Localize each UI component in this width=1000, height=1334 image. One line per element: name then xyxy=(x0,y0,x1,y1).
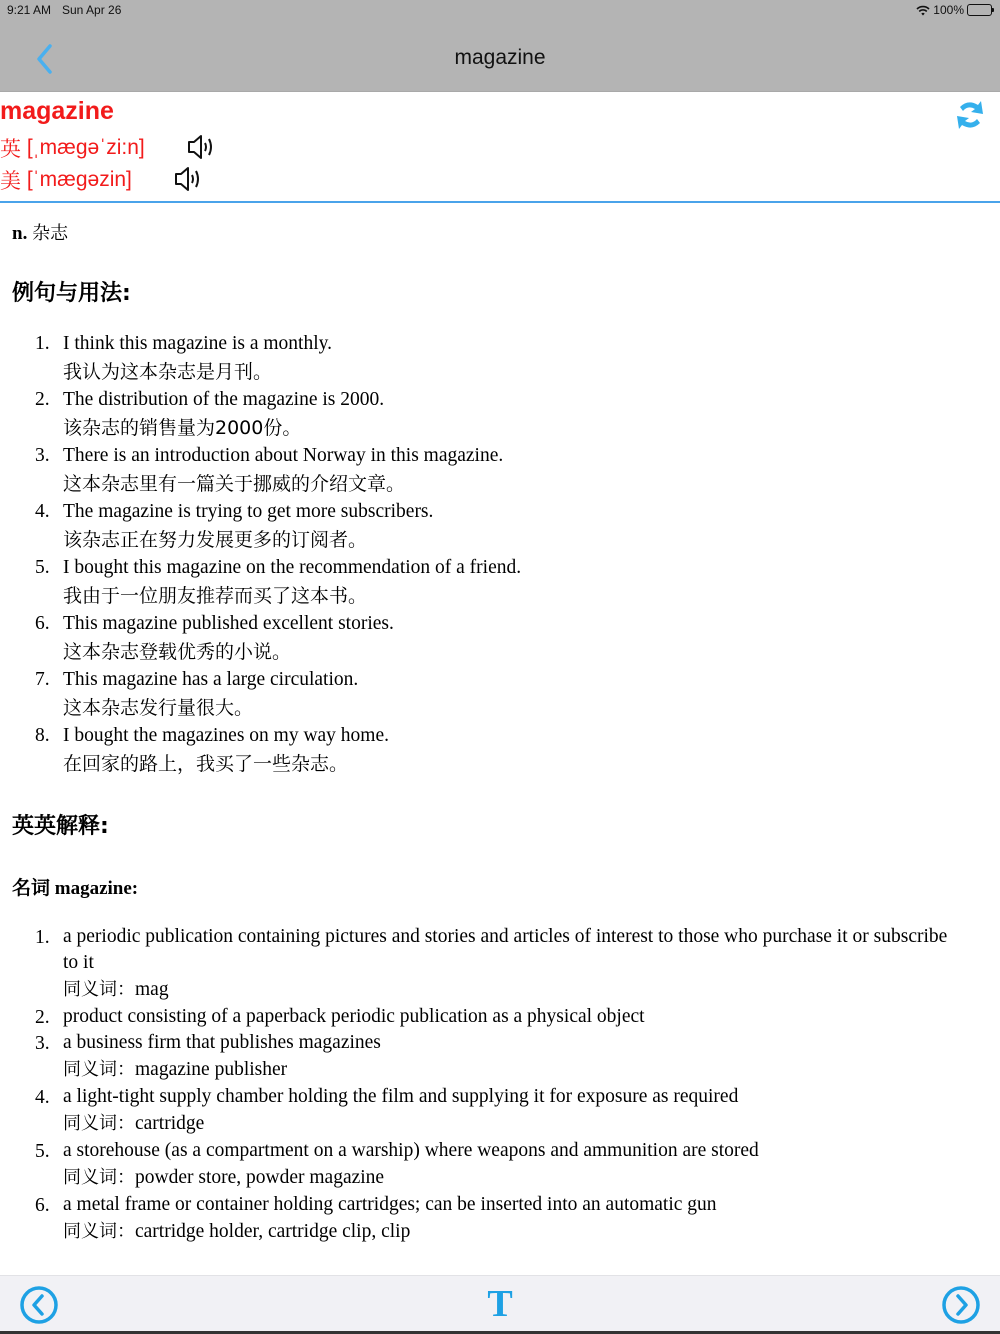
pos-label: n. xyxy=(12,223,27,244)
definition-text: product consisting of a paperback period… xyxy=(63,1004,960,1030)
definition-item: 6. a metal frame or container holding ca… xyxy=(0,1192,960,1246)
definition-item: 3. a business firm that publishes magazi… xyxy=(0,1030,960,1084)
pronunciation-us: 美 [ˈmægəzin] xyxy=(0,165,132,195)
definition-content[interactable]: n. 杂志 例句与用法: 1.I think this magazine is … xyxy=(0,203,1000,1275)
definition-item: 2. product consisting of a paperback per… xyxy=(0,1004,960,1030)
example-item: 7.This magazine has a large circulation.… xyxy=(0,666,960,722)
example-item: 5.I bought this magazine on the recommen… xyxy=(0,554,960,610)
english-definitions-title: 英英解释: xyxy=(12,809,109,840)
definition-item: 4. a light-tight supply chamber holding … xyxy=(0,1084,960,1138)
example-zh: 我认为这本杂志是月刊。 xyxy=(63,358,960,386)
previous-word-button[interactable] xyxy=(18,1284,60,1326)
definition-item: 5. a storehouse (as a compartment on a w… xyxy=(0,1138,960,1192)
synonyms: 同义词：mag xyxy=(63,976,960,1004)
example-item: 8.I bought the magazines on my way home.… xyxy=(0,722,960,778)
speaker-icon xyxy=(173,165,203,193)
battery-icon xyxy=(967,4,992,16)
example-item: 2.The distribution of the magazine is 20… xyxy=(0,386,960,442)
definition-text: a light-tight supply chamber holding the… xyxy=(63,1084,960,1110)
example-en: This magazine published excellent storie… xyxy=(63,613,394,634)
example-en: This magazine has a large circulation. xyxy=(63,669,358,690)
circle-chevron-right-icon xyxy=(940,1284,982,1326)
pron-region-uk: 英 xyxy=(0,133,21,163)
example-zh: 这本杂志登载优秀的小说。 xyxy=(63,638,960,666)
synonyms: 同义词：cartridge xyxy=(63,1110,960,1138)
wifi-icon xyxy=(916,5,930,16)
example-item: 1.I think this magazine is a monthly.我认为… xyxy=(0,330,960,386)
word-header: magazine 英 [ˌmægəˈzi:n] 美 [ˈmægəzin] xyxy=(0,93,1000,201)
speaker-icon xyxy=(186,133,216,161)
play-us-pronunciation-button[interactable] xyxy=(173,165,203,193)
english-definitions-list: 1. a periodic publication containing pic… xyxy=(0,924,960,1246)
synonyms: 同义词：magazine publisher xyxy=(63,1056,960,1084)
pron-region-us: 美 xyxy=(0,165,21,195)
example-zh: 该杂志正在努力发展更多的订阅者。 xyxy=(63,526,960,554)
example-zh: 这本杂志里有一篇关于挪威的介绍文章。 xyxy=(63,470,960,498)
part-of-speech: n. 杂志 xyxy=(12,219,68,245)
subhead-word: magazine: xyxy=(55,878,138,899)
bottom-toolbar: T xyxy=(0,1275,1000,1334)
definition-item: 1. a periodic publication containing pic… xyxy=(0,924,960,1004)
chevron-left-icon xyxy=(30,40,60,80)
headword: magazine xyxy=(0,97,114,126)
example-zh: 我由于一位朋友推荐而买了这本书。 xyxy=(63,582,960,610)
definition-text: a business firm that publishes magazines xyxy=(63,1030,960,1056)
synonyms: 同义词：powder store, powder magazine xyxy=(63,1164,960,1192)
example-en: There is an introduction about Norway in… xyxy=(63,445,503,466)
examples-list: 1.I think this magazine is a monthly.我认为… xyxy=(0,330,960,778)
pronunciation-uk: 英 [ˌmægəˈzi:n] xyxy=(0,133,145,163)
status-indicators: 100% xyxy=(916,3,992,17)
pron-ipa-uk: [ˌmægəˈzi:n] xyxy=(27,136,145,160)
example-item: 3.There is an introduction about Norway … xyxy=(0,442,960,498)
refresh-button[interactable] xyxy=(954,97,986,135)
back-button[interactable] xyxy=(30,40,60,80)
refresh-icon xyxy=(954,97,986,135)
page-title: magazine xyxy=(0,46,1000,70)
synonyms: 同义词：cartridge holder, cartridge clip, cl… xyxy=(63,1218,960,1246)
example-en: I bought this magazine on the recommenda… xyxy=(63,557,521,578)
definition-text: a storehouse (as a compartment on a wars… xyxy=(63,1138,960,1164)
navigation-bar: 9:21 AM Sun Apr 26 100% magazine xyxy=(0,0,1000,92)
status-time: 9:21 AM xyxy=(7,3,51,17)
examples-title: 例句与用法: xyxy=(12,276,131,307)
example-zh: 这本杂志发行量很大。 xyxy=(63,694,960,722)
example-item: 4.The magazine is trying to get more sub… xyxy=(0,498,960,554)
example-en: The distribution of the magazine is 2000… xyxy=(63,389,384,410)
next-word-button[interactable] xyxy=(940,1284,982,1326)
status-date: Sun Apr 26 xyxy=(62,3,121,17)
definition-text: a metal frame or container holding cartr… xyxy=(63,1192,960,1218)
example-zh: 在回家的路上，我买了一些杂志。 xyxy=(63,750,960,778)
battery-percent: 100% xyxy=(933,3,964,17)
noun-subheading: 名词 magazine: xyxy=(12,873,138,900)
example-en: I bought the magazines on my way home. xyxy=(63,725,389,746)
definition-text: a periodic publication containing pictur… xyxy=(63,924,960,976)
pron-ipa-us: [ˈmægəzin] xyxy=(27,168,132,192)
subhead-pos: 名词 xyxy=(12,877,50,899)
font-size-button[interactable]: T xyxy=(480,1282,520,1326)
example-item: 6.This magazine published excellent stor… xyxy=(0,610,960,666)
status-bar: 9:21 AM Sun Apr 26 100% xyxy=(0,0,1000,20)
circle-chevron-left-icon xyxy=(18,1284,60,1326)
play-uk-pronunciation-button[interactable] xyxy=(186,133,216,161)
example-zh: 该杂志的销售量为2000份。 xyxy=(63,414,960,442)
example-en: The magazine is trying to get more subsc… xyxy=(63,501,433,522)
pos-meaning: 杂志 xyxy=(32,223,68,244)
example-en: I think this magazine is a monthly. xyxy=(63,333,332,354)
